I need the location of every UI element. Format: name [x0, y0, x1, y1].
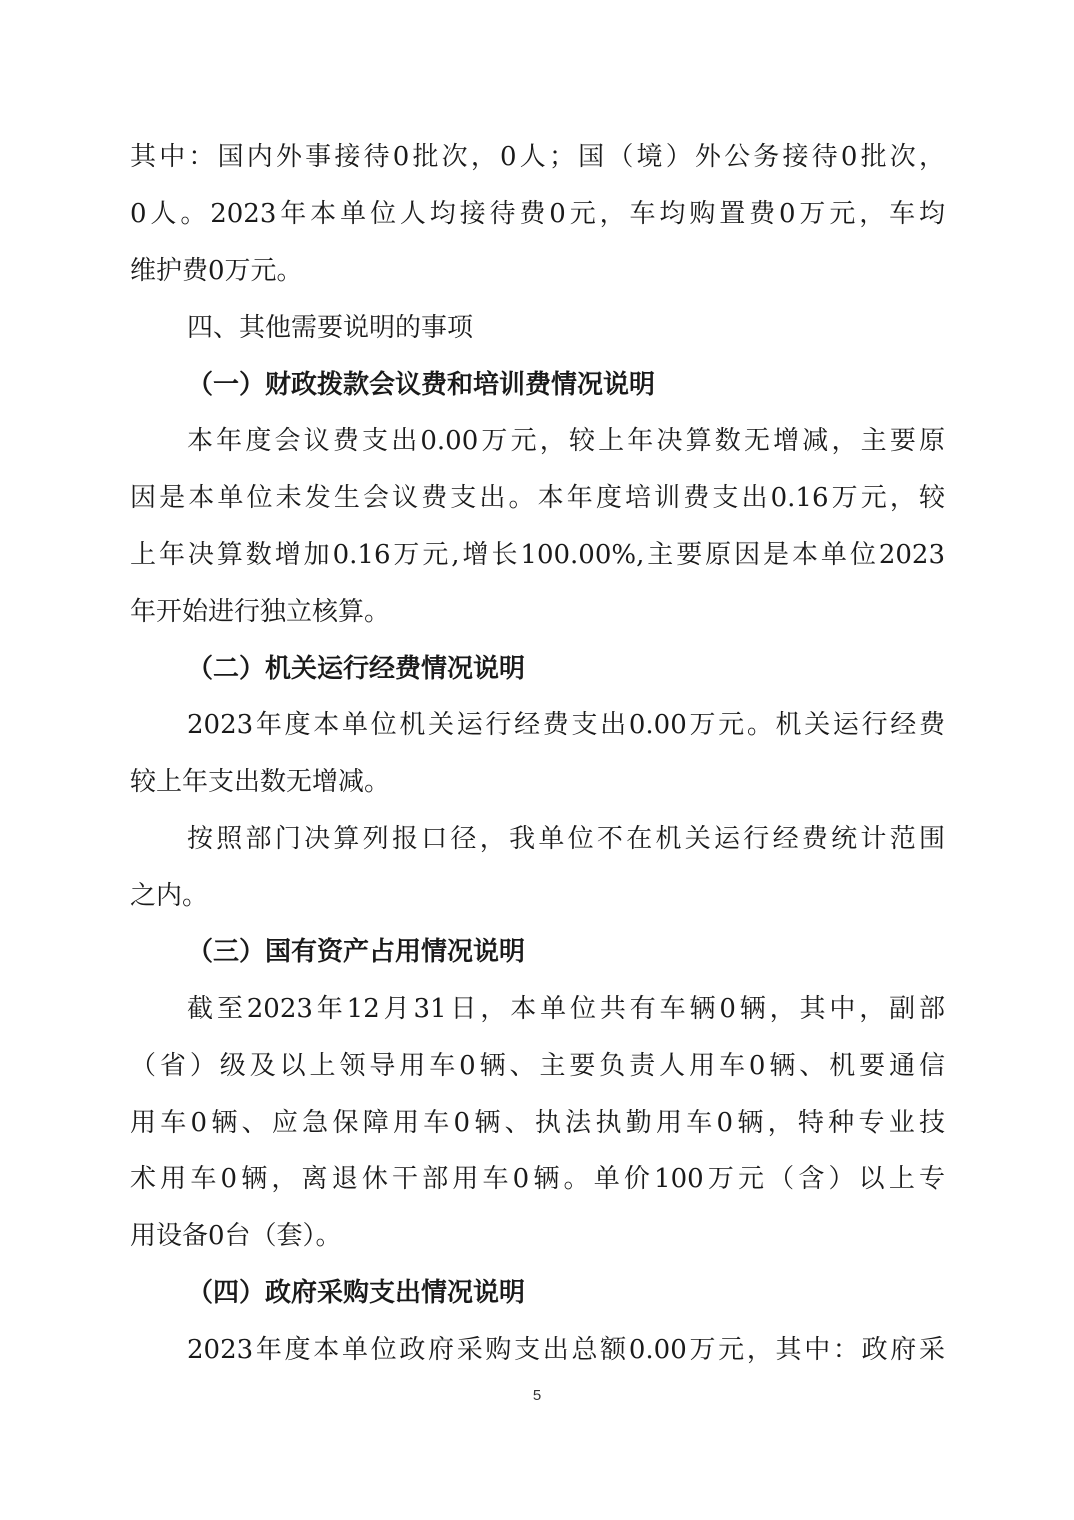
paragraph-line: 截至2023年12月31日，本单位共有车辆0辆，其中，副部	[187, 989, 945, 1029]
subsection-heading: （四）政府采购支出情况说明	[187, 1273, 1002, 1313]
paragraph-line: 上年决算数增加0.16万元,增长100.00%,主要原因是本单位2023	[130, 535, 945, 575]
document-page: 其中：国内外事接待0批次，0人；国（境）外公务接待0批次， 0人。2023年本单…	[0, 0, 1074, 1520]
paragraph-line: 维护费0万元。	[130, 251, 945, 291]
subsection-heading: （二）机关运行经费情况说明	[187, 649, 1002, 689]
subsection-heading: （三）国有资产占用情况说明	[187, 932, 1002, 972]
paragraph-line: 2023年度本单位政府采购支出总额0.00万元，其中：政府采	[187, 1330, 945, 1370]
paragraph-line: （省）级及以上领导用车0辆、主要负责人用车0辆、机要通信	[130, 1046, 945, 1086]
paragraph-line: 年开始进行独立核算。	[130, 592, 945, 632]
paragraph-line: 术用车0辆，离退休干部用车0辆。单价100万元（含）以上专	[130, 1159, 945, 1199]
paragraph-line: 0人。2023年本单位人均接待费0元，车均购置费0万元，车均	[130, 194, 945, 234]
subsection-heading: （一）财政拨款会议费和培训费情况说明	[187, 365, 1002, 405]
page-number: 5	[0, 1387, 1074, 1404]
paragraph-line: 按照部门决算列报口径，我单位不在机关运行经费统计范围	[187, 819, 945, 859]
paragraph-line: 其中：国内外事接待0批次，0人；国（境）外公务接待0批次，	[130, 137, 945, 177]
paragraph-line: 本年度会议费支出0.00万元，较上年决算数无增减，主要原	[187, 421, 945, 461]
section-heading: 四、其他需要说明的事项	[187, 308, 1002, 348]
paragraph-line: 用车0辆、应急保障用车0辆、执法执勤用车0辆，特种专业技	[130, 1103, 945, 1143]
paragraph-line: 之内。	[130, 876, 945, 916]
paragraph-line: 较上年支出数无增减。	[130, 762, 945, 802]
paragraph-line: 2023年度本单位机关运行经费支出0.00万元。机关运行经费	[187, 705, 945, 745]
paragraph-line: 用设备0台（套）。	[130, 1216, 945, 1256]
paragraph-line: 因是本单位未发生会议费支出。本年度培训费支出0.16万元，较	[130, 478, 945, 518]
